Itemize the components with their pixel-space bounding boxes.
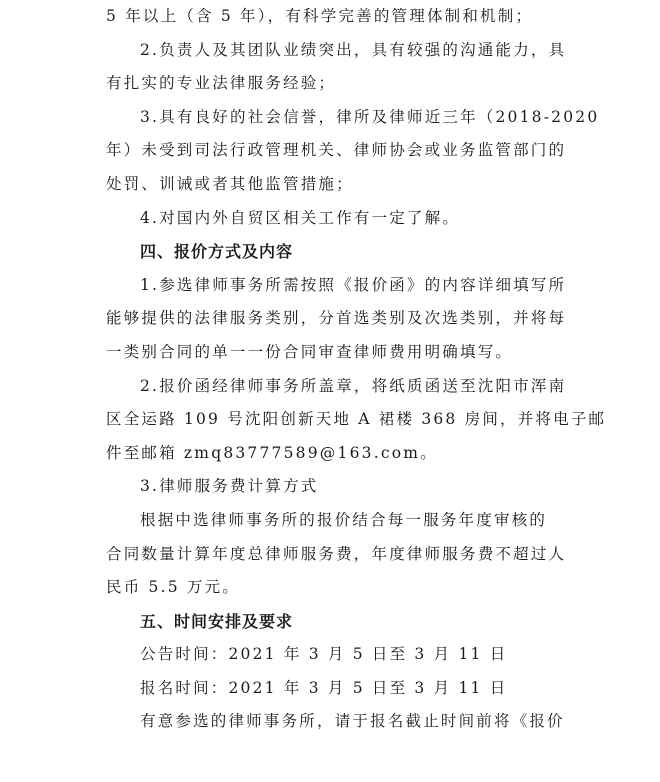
text-line: 能够提供的法律服务类别，分首选类别及次选类别，并将每 (106, 302, 572, 336)
section-heading: 四、报价方式及内容 (106, 235, 572, 269)
document-page: 5 年以上（含 5 年），有科学完善的管理体制和机制； 2.负责人及其团队业绩突… (106, 0, 572, 739)
text-line: 4.对国内外自贸区相关工作有一定了解。 (106, 202, 572, 236)
text-line: 3.具有良好的社会信誉，律所及律师近三年（2018-2020 (106, 101, 572, 135)
announcement-time: 公告时间：2021 年 3 月 5 日至 3 月 11 日 (106, 638, 572, 672)
text-line: 2.报价函经律师事务所盖章，将纸质函送至沈阳市浑南 (106, 370, 572, 404)
text-line: 一类别合同的单一一份合同审查律师费用明确填写。 (106, 336, 572, 370)
text-line: 3.律师服务费计算方式 (106, 470, 572, 504)
text-line: 根据中选律师事务所的报价结合每一服务年度审核的 (106, 504, 572, 538)
text-line: 2.负责人及其团队业绩突出，具有较强的沟通能力，具 (106, 34, 572, 68)
text-line: 有扎实的专业法律服务经验； (106, 67, 572, 101)
section-heading: 五、时间安排及要求 (106, 605, 572, 639)
text-line: 年）未受到司法行政管理机关、律师协会或业务监管部门的 (106, 134, 572, 168)
text-line: 处罚、训诫或者其他监管措施； (106, 168, 572, 202)
text-line: 有意参选的律师事务所，请于报名截止时间前将《报价 (106, 705, 572, 739)
text-line: 民币 5.5 万元。 (106, 571, 572, 605)
text-line: 5 年以上（含 5 年），有科学完善的管理体制和机制； (106, 0, 572, 34)
text-line: 1.参选律师事务所需按照《报价函》的内容详细填写所 (106, 269, 572, 303)
text-line: 区全运路 109 号沈阳创新天地 A 裙楼 368 房间，并将电子邮 (106, 403, 572, 437)
text-line: 合同数量计算年度总律师服务费，年度律师服务费不超过人 (106, 538, 572, 572)
email-line: 件至邮箱 zmq83777589@163.com。 (106, 437, 572, 471)
registration-time: 报名时间：2021 年 3 月 5 日至 3 月 11 日 (106, 672, 572, 706)
